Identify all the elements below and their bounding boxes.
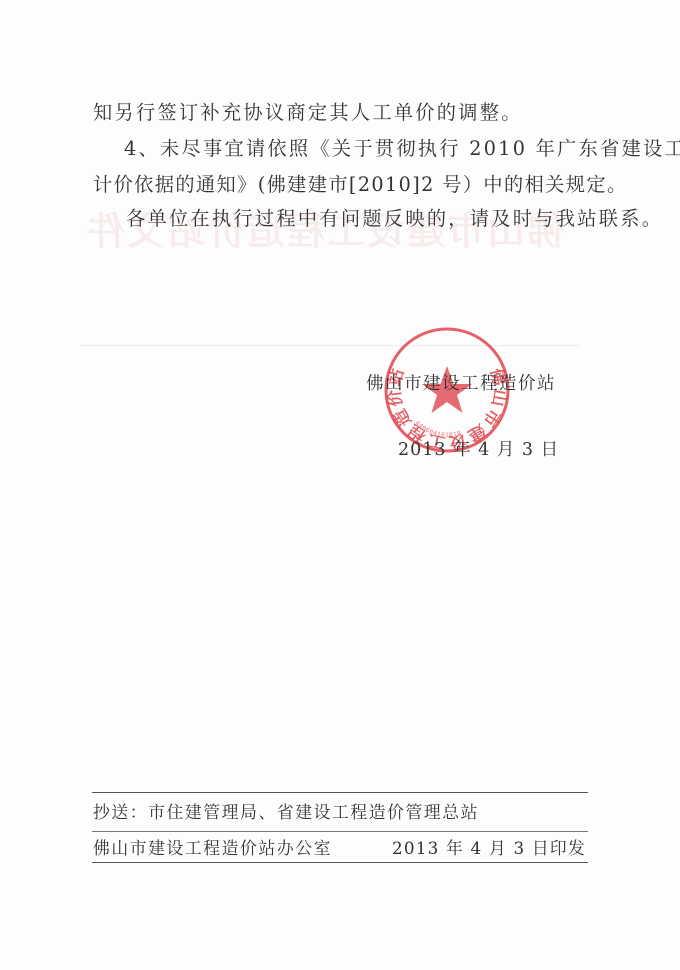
footer-rule-middle xyxy=(92,831,588,832)
body-line-2: 4、未尽事宜请依照《关于贯彻执行 2010 年广东省建设工程 xyxy=(124,138,680,160)
cc-label: 抄送： xyxy=(93,802,148,822)
issued-date: 2013 年 4 月 3 日印发 xyxy=(392,838,586,858)
signature-date: 2013 年 4 月 3 日 xyxy=(398,436,559,461)
cc-line: 抄送：市住建管理局、省建设工程造价管理总站 xyxy=(93,802,479,822)
body-line-4: 各单位在执行过程中有问题反映的，请及时与我站联系。 xyxy=(126,208,663,230)
footer-rule-top xyxy=(92,792,588,793)
footer-rule-bottom xyxy=(92,862,588,863)
cc-recipients: 市住建管理局、省建设工程造价管理总站 xyxy=(148,802,479,822)
body-line-3: 计价依据的通知》(佛建建市[2010]2 号）中的相关规定。 xyxy=(93,174,628,196)
body-line-1: 知另行签订补充协议商定其人工单价的调整。 xyxy=(93,102,523,124)
issuing-office: 佛山市建设工程造价站办公室 xyxy=(93,838,332,858)
issuer-signature: 佛山市建设工程造价站 xyxy=(366,370,556,395)
